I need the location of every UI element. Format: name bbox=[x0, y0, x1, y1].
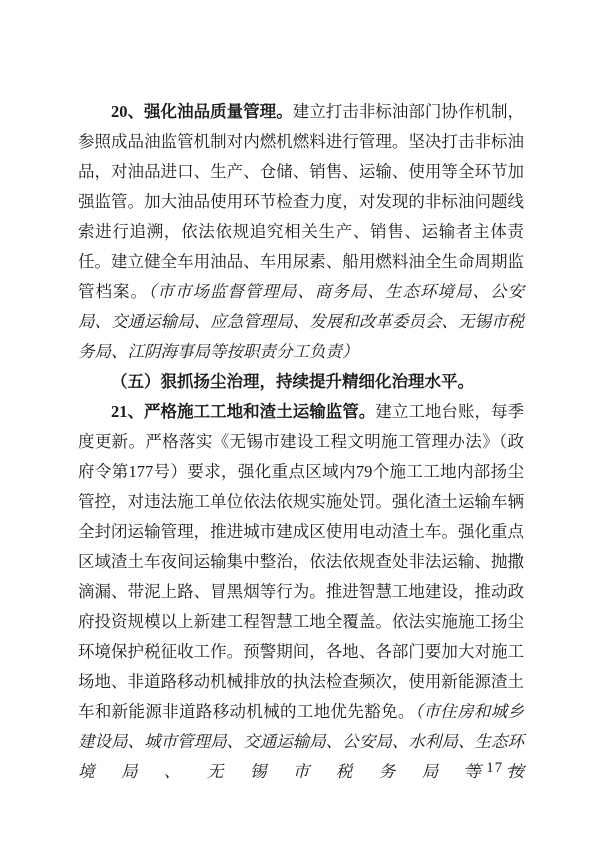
paragraph-item-21: 21、严格施工工地和渣土运输监管。建立工地台账，每季度更新。严格落实《无锡市建设… bbox=[78, 397, 524, 787]
section-heading-5-text: （五）狠抓扬尘治理，持续提升精细化治理水平。 bbox=[111, 372, 474, 391]
paragraph-20-body: 建立打击非标油部门协作机制，参照成品油监管机制对内燃机燃料进行管理。坚决打击非标… bbox=[78, 102, 524, 301]
paragraph-21-body: 建立工地台账，每季度更新。严格落实《无锡市建设工程文明施工管理办法》（政府令第1… bbox=[78, 402, 524, 721]
page-number: — 17 — bbox=[466, 757, 525, 779]
paragraph-20-lead: 20、强化油品质量管理。 bbox=[111, 102, 293, 121]
document-page: 20、强化油品质量管理。建立打击非标油部门协作机制，参照成品油监管机制对内燃机燃… bbox=[0, 0, 600, 848]
paragraph-21-lead: 21、严格施工工地和渣土运输监管。 bbox=[111, 402, 375, 421]
document-body: 20、强化油品质量管理。建立打击非标油部门协作机制，参照成品油监管机制对内燃机燃… bbox=[78, 97, 524, 787]
section-heading-5: （五）狠抓扬尘治理，持续提升精细化治理水平。 bbox=[78, 367, 524, 397]
paragraph-item-20: 20、强化油品质量管理。建立打击非标油部门协作机制，参照成品油监管机制对内燃机燃… bbox=[78, 97, 524, 367]
